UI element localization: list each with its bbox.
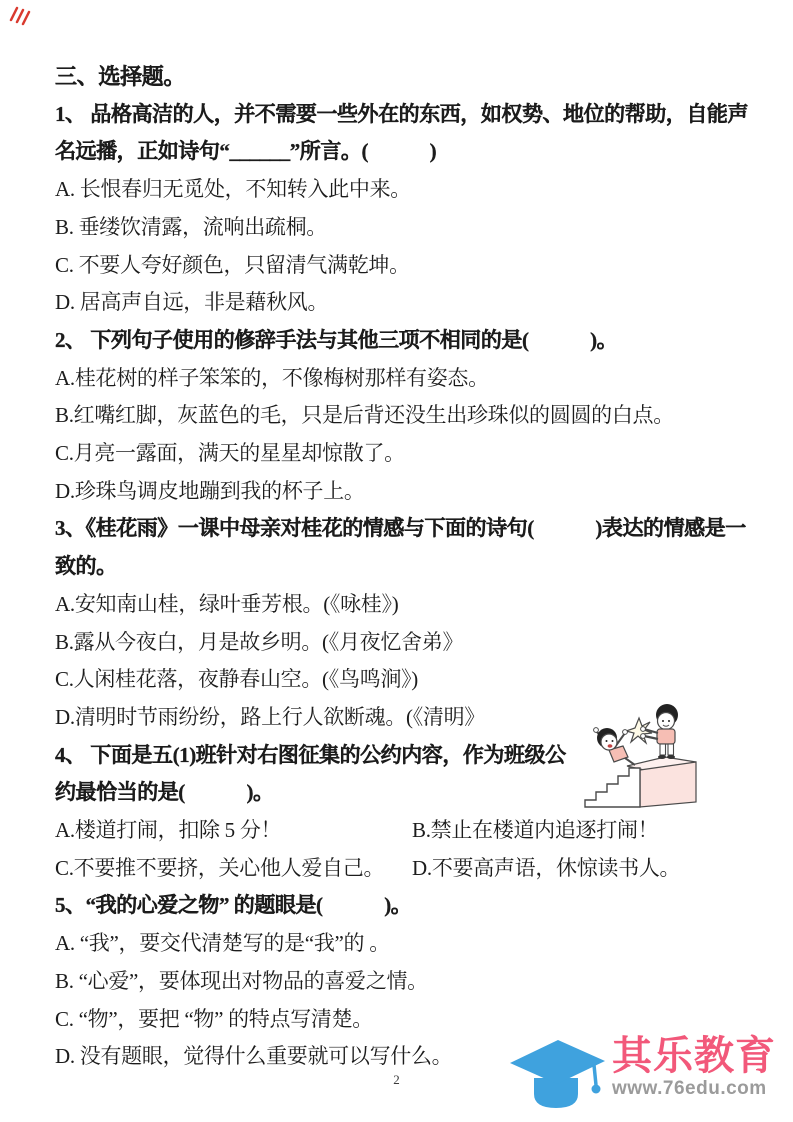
brand-url: www.76edu.com bbox=[612, 1078, 776, 1099]
question-4-options-grid: A.楼道打闹，扣除 5 分！ B.禁止在楼道内追逐打闹！ C.不要推不要挤，关心… bbox=[55, 812, 757, 887]
option-line: C.不要推不要挤，关心他人爱自己。 bbox=[55, 850, 412, 888]
option-line: A.安知南山桂，绿叶垂芳根。(《咏桂》) bbox=[55, 586, 757, 624]
question-stem: 2、 下列句子使用的修辞手法与其他三项不相同的是( )。 bbox=[55, 322, 757, 360]
option-line: D.不要高声语，休惊读书人。 bbox=[412, 850, 757, 888]
option-line: A.楼道打闹，扣除 5 分！ bbox=[55, 812, 412, 850]
graduation-cap-icon bbox=[508, 1034, 608, 1114]
option-line: D.珍珠鸟调皮地蹦到我的杯子上。 bbox=[55, 473, 757, 511]
question-stem: 4、 下面是五(1)班针对右图征集的公约内容，作为班级公约最恰当的是( )。 bbox=[55, 737, 580, 812]
corner-mark-icon bbox=[8, 4, 32, 28]
option-line: A. 长恨春归无觅处，不知转入此中来。 bbox=[55, 171, 757, 209]
question-2: 2、 下列句子使用的修辞手法与其他三项不相同的是( )。 A.桂花树的样子笨笨的… bbox=[55, 322, 757, 511]
section-title: 三、选择题。 bbox=[55, 58, 757, 96]
falling-child bbox=[594, 728, 635, 765]
option-line: C. “物”，要把 “物” 的特点写清楚。 bbox=[55, 1001, 757, 1039]
option-line: D. 居高声自远，非是藉秋风。 bbox=[55, 284, 757, 322]
option-line: B.红嘴红脚，灰蓝色的毛，只是后背还没生出珍珠似的圆圆的白点。 bbox=[55, 397, 757, 435]
question-1: 1、 品格高洁的人，并不需要一些外在的东西，如权势、地位的帮助，自能声名远播，正… bbox=[55, 96, 757, 322]
exam-content: 三、选择题。 1、 品格高洁的人，并不需要一些外在的东西，如权势、地位的帮助，自… bbox=[55, 58, 757, 1076]
option-line: A. “我”，要交代清楚写的是“我”的 。 bbox=[55, 925, 757, 963]
option-line: B.露从今夜白，月是故乡明。(《月夜忆舍弟》 bbox=[55, 624, 757, 662]
option-line: B. 垂缕饮清露，流响出疏桐。 bbox=[55, 209, 757, 247]
question-stem: 3、《桂花雨》一课中母亲对桂花的情感与下面的诗句( )表达的情感是一致的。 bbox=[55, 510, 757, 585]
option-line: B. “心爱”，要体现出对物品的喜爱之情。 bbox=[55, 963, 757, 1001]
option-line: C.人闲桂花落，夜静春山空。(《鸟鸣涧》) bbox=[55, 661, 757, 699]
worksheet-page: 三、选择题。 1、 品格高洁的人，并不需要一些外在的东西，如权势、地位的帮助，自… bbox=[0, 0, 793, 1122]
brand-logo: 其乐教育 www.76edu.com bbox=[508, 1034, 776, 1114]
question-stem: 5、“我的心爱之物” 的题眼是( )。 bbox=[55, 887, 757, 925]
brand-name: 其乐教育 bbox=[612, 1034, 776, 1078]
question-stem: 1、 品格高洁的人，并不需要一些外在的东西，如权势、地位的帮助，自能声名远播，正… bbox=[55, 96, 757, 171]
children-pushing-on-stairs-illustration bbox=[583, 700, 701, 812]
option-line: C.月亮一露面，满天的星星却惊散了。 bbox=[55, 435, 757, 473]
option-line: B.禁止在楼道内追逐打闹！ bbox=[412, 812, 757, 850]
option-line: A.桂花树的样子笨笨的，不像梅树那样有姿态。 bbox=[55, 360, 757, 398]
option-line: C. 不要人夸好颜色，只留清气满乾坤。 bbox=[55, 247, 757, 285]
brand-text: 其乐教育 www.76edu.com bbox=[612, 1034, 776, 1099]
